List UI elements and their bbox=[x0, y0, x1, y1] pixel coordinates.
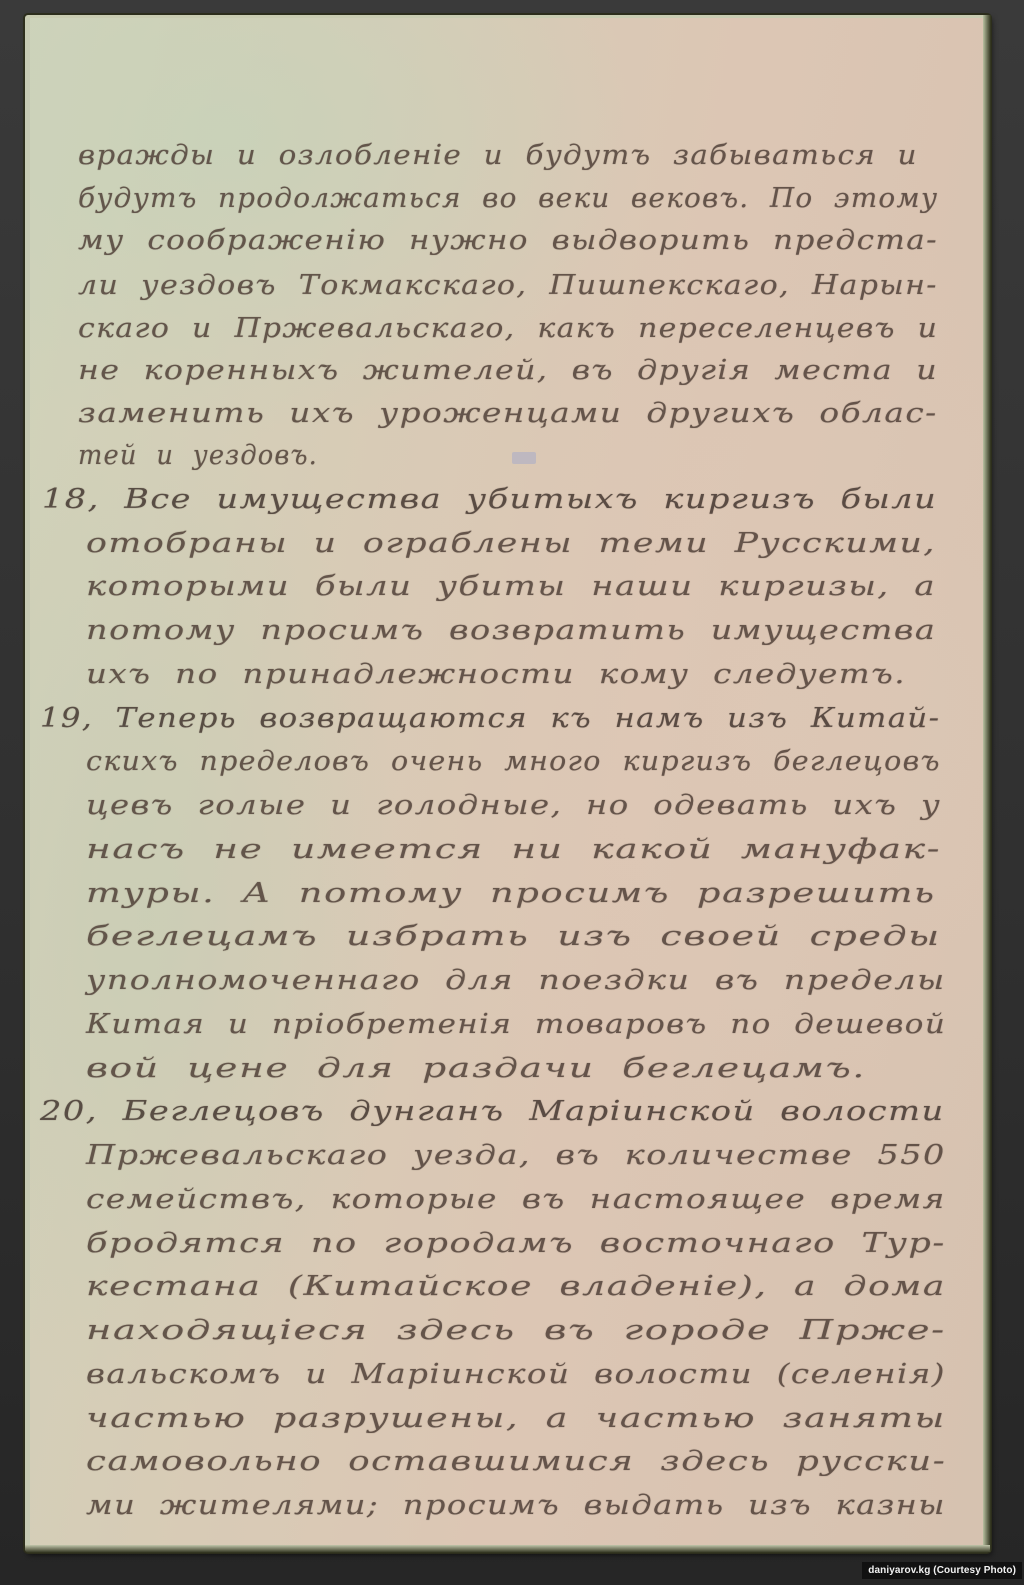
text-line: находящiеся здесь въ городе Прже- bbox=[86, 1315, 946, 1346]
text-line: туры. А потому просимъ разрешить bbox=[86, 878, 936, 909]
text-line: Китая и прiобретенiя товаровъ по дешевой bbox=[86, 1009, 946, 1040]
numbered-paragraph-line: 20, Беглецовъ дунганъ Марiинской волости bbox=[40, 1096, 945, 1127]
text-line: насъ не имеется ни какой мануфак- bbox=[86, 834, 941, 865]
photo-credit: daniyarov.kg (Courtesy Photo) bbox=[862, 1562, 1022, 1579]
text-line: заменить ихъ уроженцами другихъ облас- bbox=[78, 398, 938, 429]
text-line: не коренныхъ жителей, въ другiя места и bbox=[78, 355, 938, 386]
ink-stamp-mark bbox=[512, 452, 536, 464]
text-line: потому просимъ возвратить имущества bbox=[86, 615, 936, 646]
text-line: уполномоченнаго для поездки въ пределы bbox=[86, 965, 946, 996]
text-line: вой цене для раздачи беглецамъ. bbox=[86, 1053, 866, 1084]
text-line: вражды и озлобленiе и будутъ забываться … bbox=[78, 140, 918, 171]
text-line: скихъ пределовъ очень много киргизъ бегл… bbox=[86, 746, 941, 777]
text-line: тей и уездовъ. bbox=[78, 440, 318, 471]
text-line: му соображенiю нужно выдворить предста- bbox=[78, 225, 938, 256]
text-line: будутъ продолжаться во веки вековъ. По э… bbox=[78, 183, 938, 214]
text-line: семействъ, которые въ настоящее время bbox=[86, 1184, 946, 1215]
numbered-paragraph-line: 19, Теперь возвращаются къ намъ изъ Кита… bbox=[40, 703, 940, 734]
text-line: ми жителями; просимъ выдать изъ казны bbox=[86, 1490, 946, 1521]
numbered-paragraph-line: 18, Все имущества убитыхъ киргизъ были bbox=[42, 484, 937, 515]
text-line: отобраны и ограблены теми Русскими, bbox=[86, 528, 936, 559]
text-line: цевъ голые и голодные, но одевать ихъ у bbox=[86, 790, 941, 821]
text-line: Пржевальскаго уезда, въ количестве 550 bbox=[86, 1140, 946, 1171]
text-line: бродятся по городамъ восточнаго Тур- bbox=[86, 1228, 946, 1259]
text-line: ли уездовъ Токмакскаго, Пишпекскаго, Нар… bbox=[78, 270, 938, 301]
text-line: беглецамъ избрать изъ своей среды bbox=[86, 921, 941, 952]
text-line: частью разрушены, а частью заняты bbox=[86, 1403, 946, 1434]
text-line: ихъ по принадлежности кому следуетъ. bbox=[86, 659, 906, 690]
text-line: самовольно оставшимися здесь русски- bbox=[86, 1446, 946, 1477]
text-line: скаго и Пржевальскаго, какъ переселенцев… bbox=[78, 313, 938, 344]
text-line: кестана (Китайское владенiе), а дома bbox=[86, 1271, 946, 1302]
text-line: которыми были убиты наши киргизы, а bbox=[86, 571, 936, 602]
handwritten-text: вражды и озлобленiе и будутъ забываться … bbox=[0, 0, 1024, 1585]
text-line: вальскомъ и Марiинской волости (селенiя) bbox=[86, 1359, 946, 1390]
